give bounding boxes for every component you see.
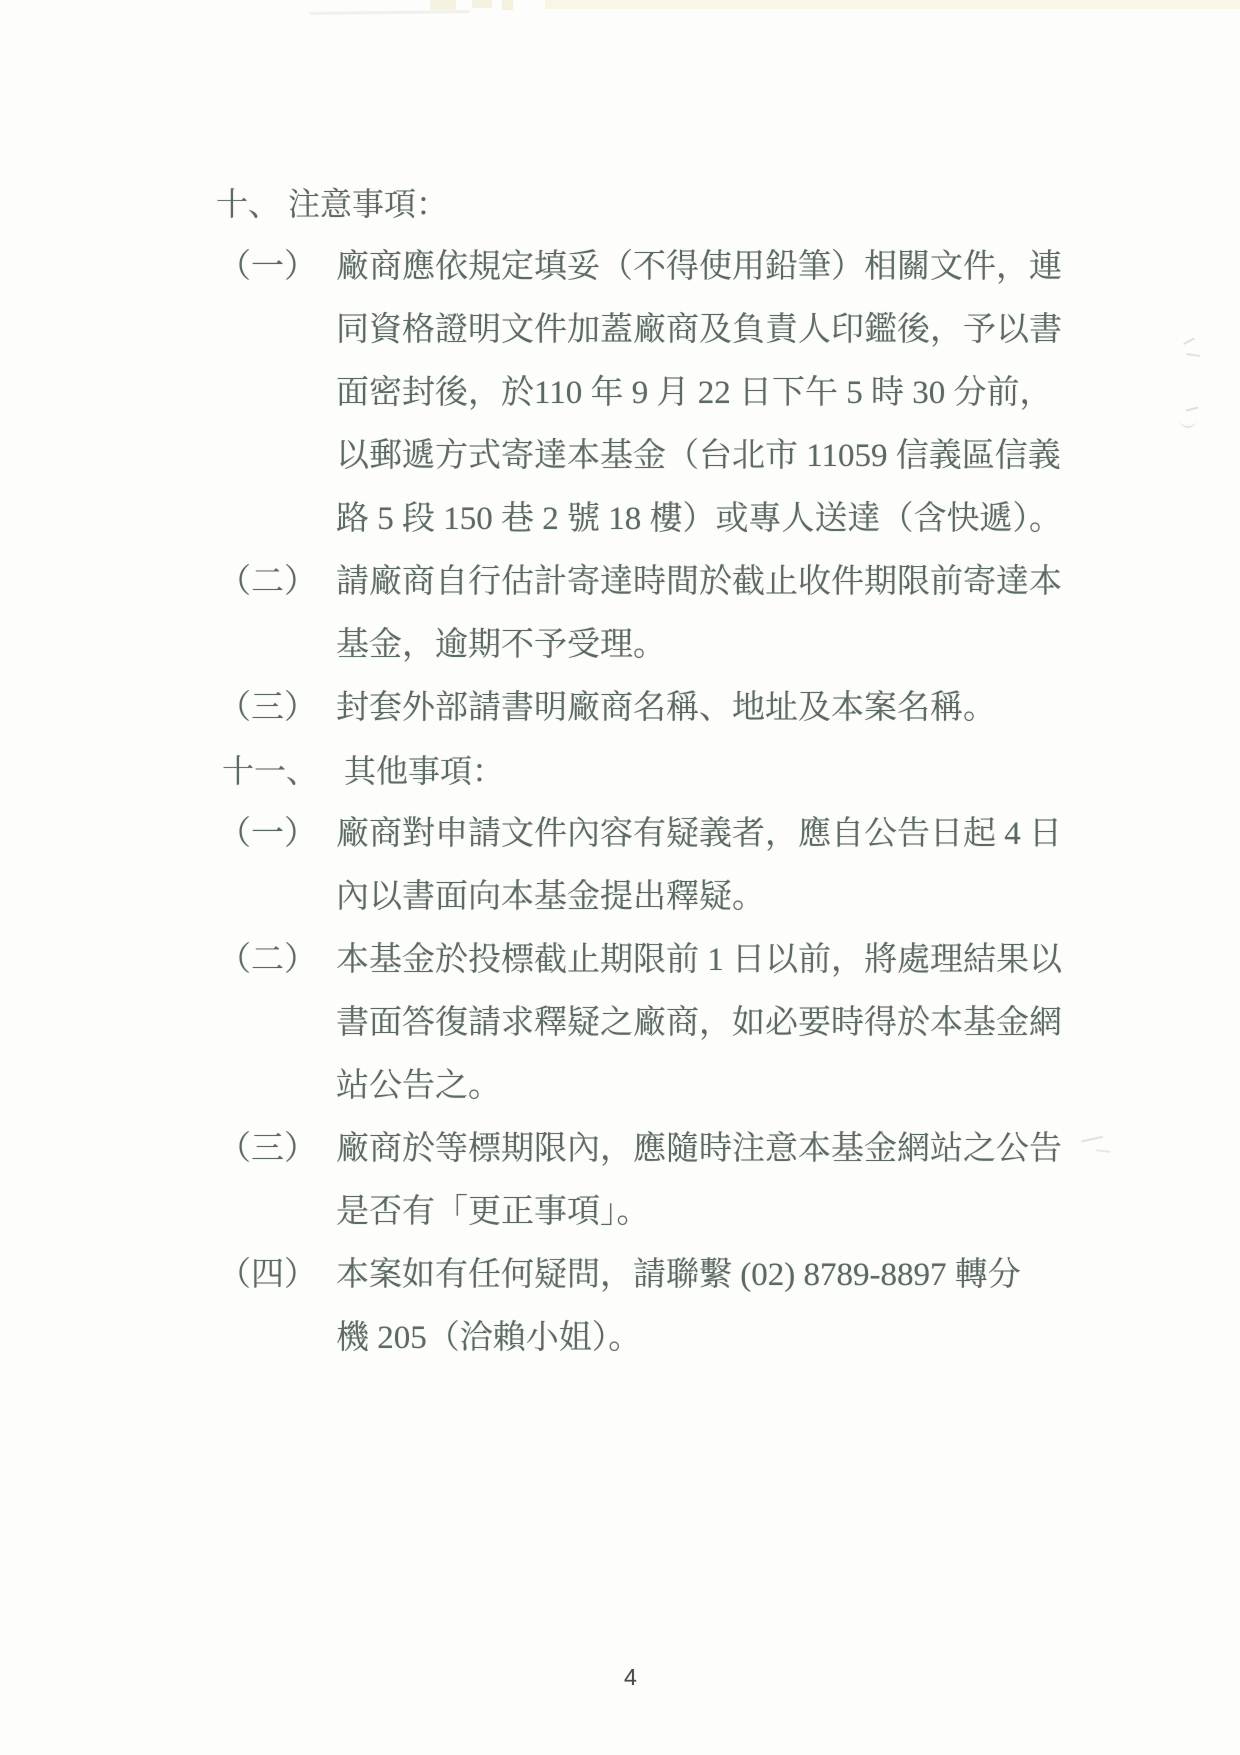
list-item: （三） 廠商於等標期限內，應隨時注意本基金網站之公告 bbox=[0, 1129, 1240, 1175]
list-item: （二） 請廠商自行估計寄達時間於截止收件期限前寄達本 bbox=[0, 562, 1240, 608]
text-line: 以郵遞方式寄達本基金（台北市 11059 信義區信義 bbox=[0, 436, 1240, 482]
section-title: 注意事項： bbox=[288, 184, 448, 224]
line-text: 同資格證明文件加蓋廠商及負責人印鑑後，予以書 bbox=[336, 310, 1062, 350]
text-line: 內以書面向本基金提出釋疑。 bbox=[0, 877, 1240, 923]
page-number: 4 bbox=[624, 1664, 637, 1691]
line-text: 內以書面向本基金提出釋疑。 bbox=[336, 877, 765, 917]
section-number: 十、 bbox=[216, 184, 280, 224]
list-item: （一） 廠商應依規定填妥（不得使用鉛筆）相關文件，連 bbox=[0, 247, 1240, 293]
scan-artifact-smudge bbox=[310, 10, 470, 15]
line-text: 路 5 段 150 巷 2 號 18 樓）或專人送達（含快遞）。 bbox=[336, 499, 1062, 539]
section-heading-10: 十、 注意事項： bbox=[0, 184, 1240, 230]
list-item: （一） 廠商對申請文件內容有疑義者，應自公告日起 4 日 bbox=[0, 814, 1240, 860]
line-text: 面密封後，於110 年 9 月 22 日下午 5 時 30 分前， bbox=[336, 373, 1053, 413]
list-item: （二） 本基金於投標截止期限前 1 日以前，將處理結果以 bbox=[0, 940, 1240, 986]
item-number: （一） bbox=[218, 814, 317, 854]
item-number: （四） bbox=[218, 1255, 317, 1295]
text-line: 基金，逾期不予受理。 bbox=[0, 625, 1240, 671]
line-text: 廠商對申請文件內容有疑義者，應自公告日起 4 日 bbox=[336, 814, 1062, 854]
text-line: 面密封後，於110 年 9 月 22 日下午 5 時 30 分前， bbox=[0, 373, 1240, 419]
scan-artifact-speck bbox=[1180, 420, 1196, 428]
section-number: 十一、 bbox=[222, 751, 318, 791]
text-line: 書面答復請求釋疑之廠商，如必要時得於本基金網 bbox=[0, 1003, 1240, 1049]
line-text: 以郵遞方式寄達本基金（台北市 11059 信義區信義 bbox=[336, 436, 1061, 476]
item-number: （二） bbox=[218, 940, 317, 980]
scan-artifact-block bbox=[502, 0, 513, 10]
scan-artifact-block bbox=[430, 0, 456, 10]
list-item: （三） 封套外部請書明廠商名稱、地址及本案名稱。 bbox=[0, 688, 1240, 734]
line-text: 本基金於投標截止期限前 1 日以前，將處理結果以 bbox=[336, 940, 1062, 980]
text-line: 是否有「更正事項」。 bbox=[0, 1192, 1240, 1238]
line-text: 請廠商自行估計寄達時間於截止收件期限前寄達本 bbox=[336, 562, 1062, 602]
document-page: 十、 注意事項： （一） 廠商應依規定填妥（不得使用鉛筆）相關文件，連 同資格證… bbox=[0, 0, 1240, 1755]
text-line: 站公告之。 bbox=[0, 1066, 1240, 1112]
line-text: 本案如有任何疑問，請聯繫 (02) 8789-8897 轉分 bbox=[336, 1255, 1021, 1295]
line-text: 站公告之。 bbox=[336, 1066, 501, 1106]
line-text: 是否有「更正事項」。 bbox=[336, 1192, 650, 1232]
line-text: 封套外部請書明廠商名稱、地址及本案名稱。 bbox=[336, 688, 996, 728]
item-number: （一） bbox=[218, 247, 317, 287]
line-text: 廠商應依規定填妥（不得使用鉛筆）相關文件，連 bbox=[336, 247, 1062, 287]
item-number: （二） bbox=[218, 562, 317, 602]
text-line: 同資格證明文件加蓋廠商及負責人印鑑後，予以書 bbox=[0, 310, 1240, 356]
text-line: 機 205（洽賴小姐）。 bbox=[0, 1318, 1240, 1364]
section-heading-11: 十一、 其他事項： bbox=[0, 751, 1240, 797]
scan-artifact-top-band bbox=[545, 0, 1240, 9]
section-title: 其他事項： bbox=[344, 751, 504, 791]
item-number: （三） bbox=[218, 1129, 317, 1169]
line-text: 書面答復請求釋疑之廠商，如必要時得於本基金網 bbox=[336, 1003, 1062, 1043]
text-line: 路 5 段 150 巷 2 號 18 樓）或專人送達（含快遞）。 bbox=[0, 499, 1240, 545]
item-number: （三） bbox=[218, 688, 317, 728]
scan-artifact-block bbox=[472, 0, 492, 8]
line-text: 基金，逾期不予受理。 bbox=[336, 625, 666, 665]
line-text: 機 205（洽賴小姐）。 bbox=[336, 1318, 641, 1358]
list-item: （四） 本案如有任何疑問，請聯繫 (02) 8789-8897 轉分 bbox=[0, 1255, 1240, 1301]
line-text: 廠商於等標期限內，應隨時注意本基金網站之公告 bbox=[336, 1129, 1062, 1169]
